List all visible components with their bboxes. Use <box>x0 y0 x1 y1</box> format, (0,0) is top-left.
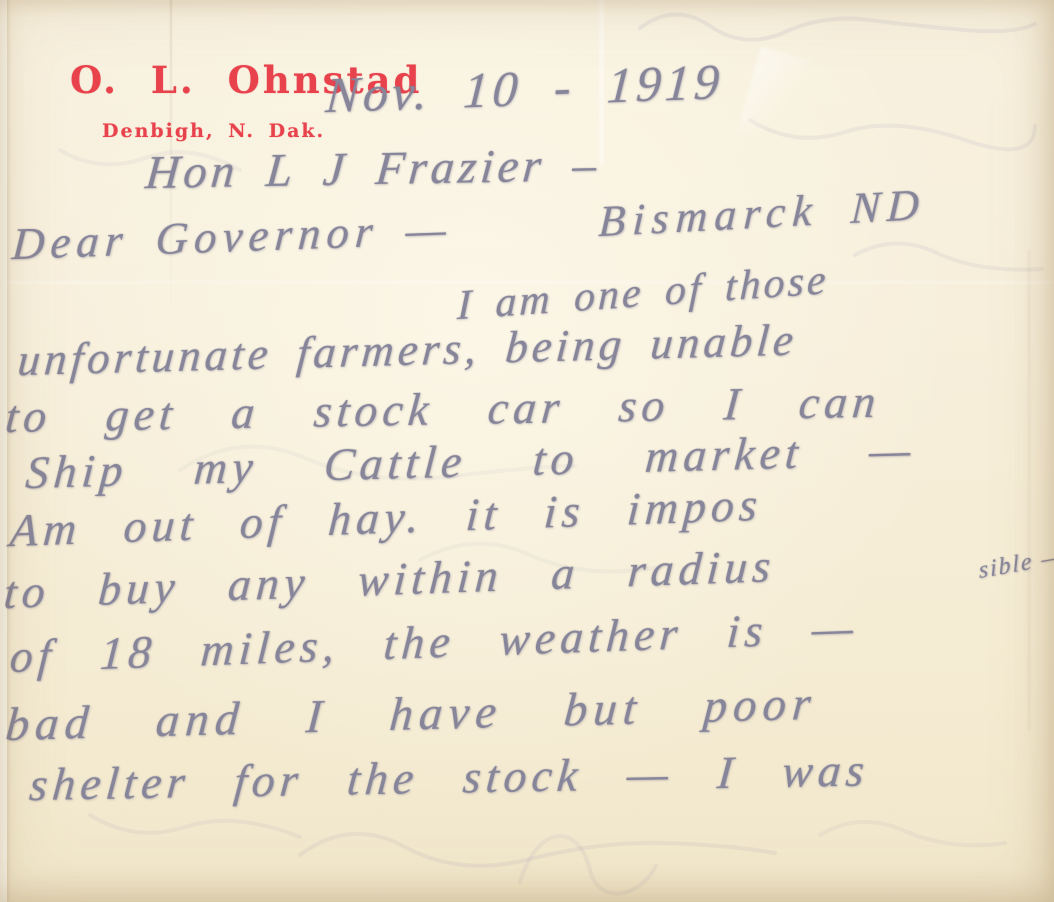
body-line-2: unfortunate farmers, being unable <box>16 314 799 387</box>
vertical-crease-right <box>1028 250 1030 730</box>
letterhead-location: Denbigh, N. Dak. <box>102 120 422 142</box>
body-line-9: shelter for the stock — I was <box>27 743 871 811</box>
corner-fold-mark <box>737 47 812 148</box>
letter-scan: O. L. Ohnstad Denbigh, N. Dak. Nov. 10 -… <box>0 0 1054 902</box>
recipient-city-line: Bismarck ND <box>597 179 927 247</box>
body-line-8: bad and I have but poor <box>4 677 819 752</box>
salutation-line: Dear Governor — <box>10 203 453 271</box>
recipient-line: Hon L J Frazier – <box>143 138 602 200</box>
scan-edge-strip <box>0 0 7 902</box>
word-fragment-sible: sible — <box>978 543 1054 585</box>
